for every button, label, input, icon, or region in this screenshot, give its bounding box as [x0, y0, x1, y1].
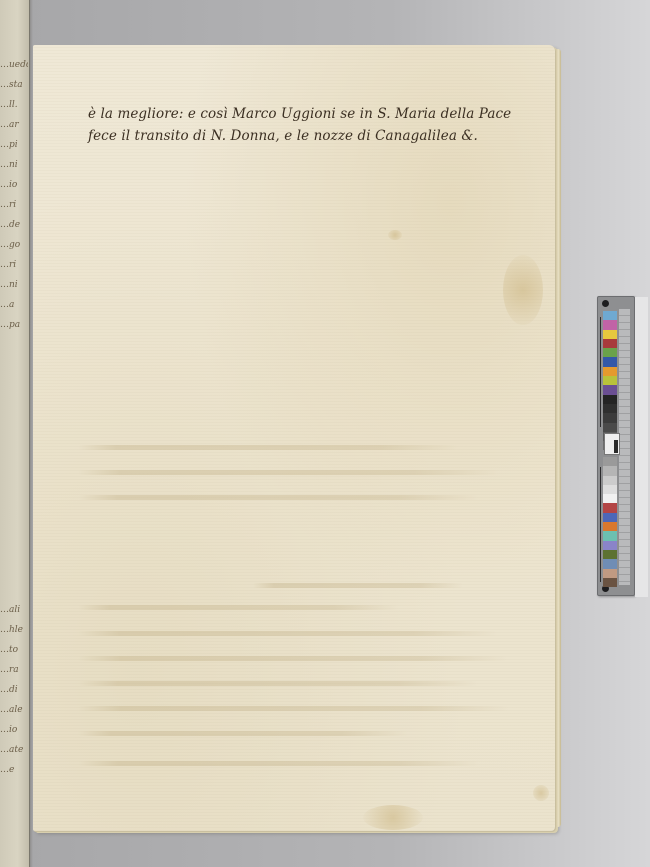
- color-calibration-target: [597, 296, 635, 596]
- left-page-text-lower: …ali …hle …to …ra …di …ale …io …ate …e: [0, 600, 28, 780]
- target-backing: [635, 297, 648, 597]
- bleed-through-line: [78, 445, 458, 450]
- color-swatch: [603, 385, 617, 394]
- gray-scale-strip: [619, 309, 630, 585]
- color-swatch: [603, 485, 617, 494]
- color-swatch: [603, 513, 617, 522]
- manuscript-line-2: fece il transito di N. Donna, e le nozze…: [88, 125, 528, 147]
- color-swatch: [603, 503, 617, 512]
- color-swatch: [603, 476, 617, 485]
- color-swatch: [603, 367, 617, 376]
- page-fore-edge: [556, 49, 561, 827]
- color-swatch: [603, 541, 617, 550]
- left-page-text-upper: …uedo …sta …ll. …ar …pi …ni …io …ri …de …: [0, 55, 28, 335]
- target-hole-top: [602, 300, 609, 307]
- bleed-through-line: [78, 656, 508, 661]
- bleed-through-line: [78, 605, 398, 610]
- color-swatch: [603, 494, 617, 503]
- bleed-through-line: [78, 495, 478, 500]
- color-swatch: [603, 578, 617, 587]
- color-swatch: [603, 376, 617, 385]
- color-swatch: [603, 457, 617, 466]
- bleed-through-line: [253, 583, 463, 588]
- target-rule: [600, 467, 601, 582]
- foxing-stain: [363, 805, 423, 830]
- color-swatch: [603, 330, 617, 339]
- foxing-stain: [388, 230, 402, 240]
- foxing-stain: [503, 255, 543, 325]
- color-swatch: [603, 423, 617, 432]
- color-swatch: [603, 550, 617, 559]
- color-swatch: [603, 522, 617, 531]
- manuscript-page: è la megliore: e così Marco Uggioni se i…: [33, 45, 555, 831]
- color-swatch: [603, 404, 617, 413]
- color-swatches-upper: [603, 311, 617, 450]
- color-swatch: [603, 531, 617, 540]
- bleed-through-line: [78, 761, 478, 766]
- bleed-through-line: [78, 631, 498, 636]
- color-swatch: [603, 311, 617, 320]
- bleed-through-line: [78, 470, 498, 475]
- color-swatch: [603, 348, 617, 357]
- color-swatch: [603, 559, 617, 568]
- color-swatch: [603, 339, 617, 348]
- left-facing-page: …uedo …sta …ll. …ar …pi …ni …io …ri …de …: [0, 0, 30, 867]
- color-swatch: [603, 320, 617, 329]
- bleed-through-line: [78, 681, 478, 686]
- color-swatch: [603, 357, 617, 366]
- manuscript-text: è la megliore: e così Marco Uggioni se i…: [88, 103, 528, 147]
- bleed-through-line: [78, 731, 408, 736]
- target-rule: [600, 317, 601, 427]
- bleed-through-line: [78, 706, 508, 711]
- color-swatch: [603, 413, 617, 422]
- color-swatch: [603, 569, 617, 578]
- color-swatch: [603, 466, 617, 475]
- target-label-card: [604, 433, 620, 455]
- manuscript-line-1: è la megliore: e così Marco Uggioni se i…: [88, 103, 528, 125]
- color-swatch: [603, 395, 617, 404]
- label-bar: [614, 440, 618, 453]
- foxing-stain: [533, 785, 549, 801]
- color-swatches-lower: [603, 457, 617, 587]
